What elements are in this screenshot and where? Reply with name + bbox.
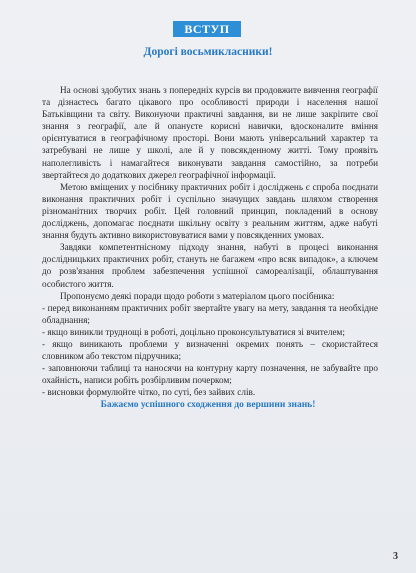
paragraph: Пропонуємо деякі поради щодо роботи з ма… [42,290,378,302]
document-page: ВСТУП Дорогі восьмикласники! На основі з… [0,0,416,573]
tip-item: - заповнюючи таблиці та наносячи на конт… [42,362,378,386]
paragraph: Завдяки компетентнісному підходу знання,… [42,241,378,289]
body-text: На основі здобутих знань з попередніх ку… [42,84,378,398]
greeting-heading: Дорогі восьмикласники! [0,46,416,58]
paragraph: На основі здобутих знань з попередніх ку… [42,84,378,181]
page-number: 3 [393,551,398,562]
tip-item: - перед виконанням практичних робіт звер… [42,302,378,326]
section-title: ВСТУП [173,21,241,37]
tip-item: - висновки формулюйте чітко, по суті, бе… [42,386,378,398]
paragraph: Метою вміщених у посібнику практичних ро… [42,181,378,241]
closing-wish: Бажаємо успішного сходження до вершини з… [0,400,416,410]
tip-item: - якщо виникли труднощі в роботі, доціль… [42,326,378,338]
tip-item: - якщо виникають проблеми у визначенні о… [42,338,378,362]
